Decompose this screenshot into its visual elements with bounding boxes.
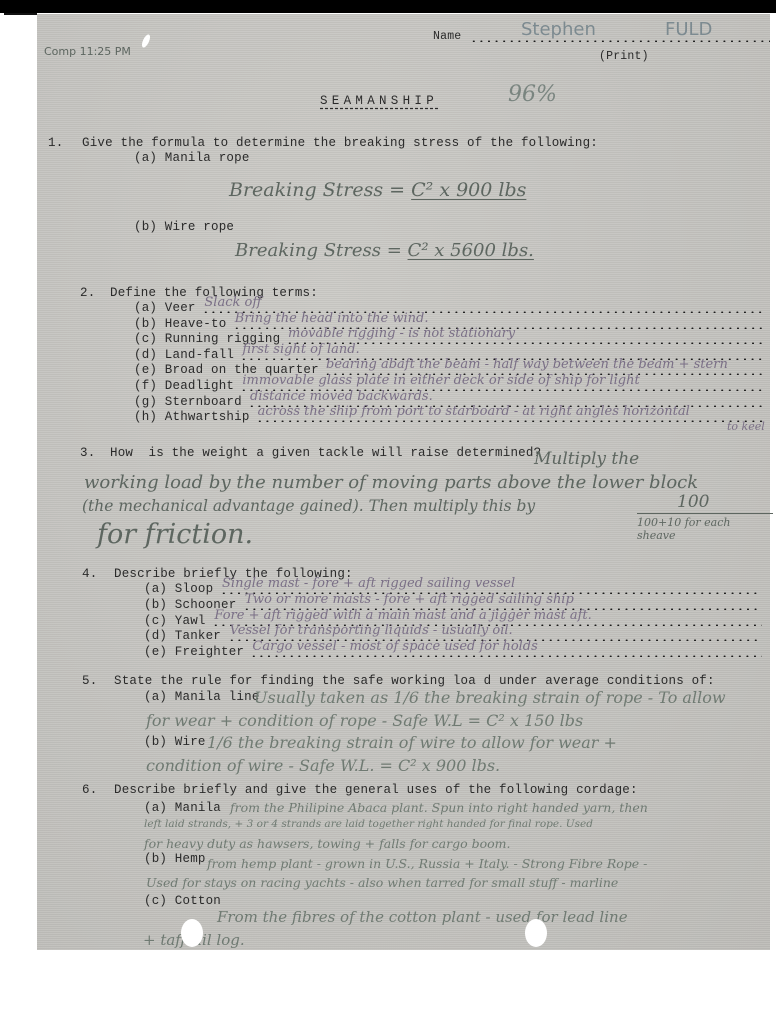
q2-term-label: (h) Athwartship bbox=[134, 410, 250, 424]
q2-term-label: (a) Veer bbox=[134, 301, 196, 315]
name-dotted-line bbox=[470, 40, 770, 42]
scan-edge-line bbox=[4, 13, 37, 15]
scan-top-border bbox=[0, 0, 776, 13]
q2-term-answer: movable rigging - is not stationary bbox=[288, 326, 515, 341]
q2-number: 2. bbox=[80, 286, 95, 300]
q2-term-answer: bearing abaft the beam - half way betwee… bbox=[326, 357, 728, 372]
q4-number: 4. bbox=[82, 567, 97, 581]
q6b-label: (b) Hemp bbox=[144, 852, 206, 866]
q2-term-label: (d) Land-fall bbox=[134, 348, 234, 362]
q5b-label: (b) Wire bbox=[144, 735, 206, 749]
page-title: SEAMANSHIP bbox=[320, 94, 438, 108]
q4-vessel-label: (d) Tanker bbox=[144, 629, 221, 643]
q3-prompt: How is the weight a given tackle will ra… bbox=[110, 446, 541, 460]
q4-vessel-answer: Vessel for transporting liquids - usuall… bbox=[230, 623, 513, 638]
q3-answer-line-2: working load by the number of moving par… bbox=[84, 472, 698, 493]
q3-fraction-numerator: 100 bbox=[677, 492, 709, 512]
q5-number: 5. bbox=[82, 674, 97, 688]
q2-term-label: (f) Deadlight bbox=[134, 379, 234, 393]
q2-term-answer: across the ship from port to starboard -… bbox=[258, 404, 690, 419]
q1b-answer-prefix: Breaking Stress = bbox=[235, 240, 408, 261]
q2-term-answer: distance moved backwards. bbox=[250, 389, 433, 404]
q6a-answer-line-3: for heavy duty as hawsers, towing + fall… bbox=[144, 836, 511, 851]
q5a-answer-line-1: Usually taken as 1/6 the breaking strain… bbox=[254, 688, 726, 707]
q2-term-answer: Slack off bbox=[204, 295, 261, 310]
q2-term-answer-continuation: to keel bbox=[727, 420, 765, 433]
q2-term-dotted-line bbox=[256, 420, 762, 422]
q5b-answer-line-2: condition of wire - Safe W.L. = C² x 900… bbox=[146, 756, 500, 775]
exam-sheet: Comp 11:25 PM Name Stephen FULD (Print) … bbox=[37, 14, 770, 950]
q4-vessel-answer: Two or more masts - fore + aft rigged sa… bbox=[245, 592, 574, 607]
punch-hole-left bbox=[181, 919, 203, 947]
q6a-answer-line-2: left laid strands, + 3 or 4 strands are … bbox=[144, 818, 593, 830]
q2-term-answer: Bring the head into the wind. bbox=[235, 311, 429, 326]
q1b-label: (b) Wire rope bbox=[134, 220, 234, 234]
q4-vessel-label: (c) Yawl bbox=[144, 614, 206, 628]
name-label: Name bbox=[433, 30, 461, 43]
name-last: FULD bbox=[665, 19, 712, 40]
q1a-answer-formula: C² x 900 lbs bbox=[411, 179, 526, 201]
q4-vessel-answer: Cargo vessel - most of space used for ho… bbox=[252, 639, 537, 654]
q4-vessel-label: (a) Sloop bbox=[144, 582, 213, 596]
q4-vessel-answer: Fore + aft rigged with a main mast and a… bbox=[214, 608, 591, 623]
q6-prompt: Describe briefly and give the general us… bbox=[114, 783, 638, 797]
q5-prompt: State the rule for finding the safe work… bbox=[114, 674, 715, 688]
q4-vessel-label: (e) Freighter bbox=[144, 645, 244, 659]
paper-blemish bbox=[140, 33, 151, 48]
q2-term-answer: immovable glass plate in either deck or … bbox=[242, 373, 639, 388]
q3-number: 3. bbox=[80, 446, 95, 460]
punch-hole-right bbox=[525, 919, 547, 947]
name-first: Stephen bbox=[521, 19, 596, 40]
q6-number: 6. bbox=[82, 783, 97, 797]
q2-term-label: (b) Heave-to bbox=[134, 317, 226, 331]
q3-answer-line-3: (the mechanical advantage gained). Then … bbox=[82, 497, 535, 515]
q3-fraction-bar bbox=[637, 513, 773, 514]
q6b-answer-line-1: from hemp plant - grown in U.S., Russia … bbox=[207, 856, 647, 871]
q1-number: 1. bbox=[48, 136, 63, 150]
q6b-answer-line-2: Used for stays on racing yachts - also w… bbox=[146, 875, 618, 890]
q6c-answer-line-1: From the fibres of the cotton plant - us… bbox=[217, 908, 628, 926]
q2-term-answer: first sight of land. bbox=[242, 342, 359, 357]
q1a-label: (a) Manila rope bbox=[134, 151, 250, 165]
q6a-label: (a) Manila bbox=[144, 801, 221, 815]
q2-term-label: (g) Sternboard bbox=[134, 395, 242, 409]
q4-vessel-answer: Single mast - fore + aft rigged sailing … bbox=[222, 576, 515, 591]
q6a-answer-line-1: from the Philipine Abaca plant. Spun int… bbox=[230, 800, 648, 815]
q3-fraction-denominator: 100+10 for each sheave bbox=[637, 516, 770, 542]
completion-time-note: Comp 11:25 PM bbox=[44, 45, 131, 58]
name-print-sublabel: (Print) bbox=[599, 50, 649, 63]
q5b-answer-line-1: 1/6 the breaking strain of wire to allow… bbox=[207, 733, 617, 752]
q5a-answer-line-2: for wear + condition of rope - Safe W.L … bbox=[146, 711, 583, 730]
q1a-answer-prefix: Breaking Stress = bbox=[229, 179, 411, 201]
q1b-answer-formula: C² x 5600 lbs. bbox=[408, 240, 534, 261]
q1-prompt: Give the formula to determine the breaki… bbox=[82, 136, 598, 150]
q6c-label: (c) Cotton bbox=[144, 894, 221, 908]
q1b-answer: Breaking Stress = C² x 5600 lbs. bbox=[235, 240, 534, 261]
q1a-answer: Breaking Stress = C² x 900 lbs bbox=[229, 179, 526, 201]
q3-answer-line-1: Multiply the bbox=[534, 449, 639, 469]
q5a-label: (a) Manila line bbox=[144, 690, 260, 704]
grade: 96% bbox=[508, 82, 557, 107]
q4-vessel-dotted-line bbox=[250, 655, 762, 657]
q3-answer-line-4: for friction. bbox=[97, 519, 253, 550]
